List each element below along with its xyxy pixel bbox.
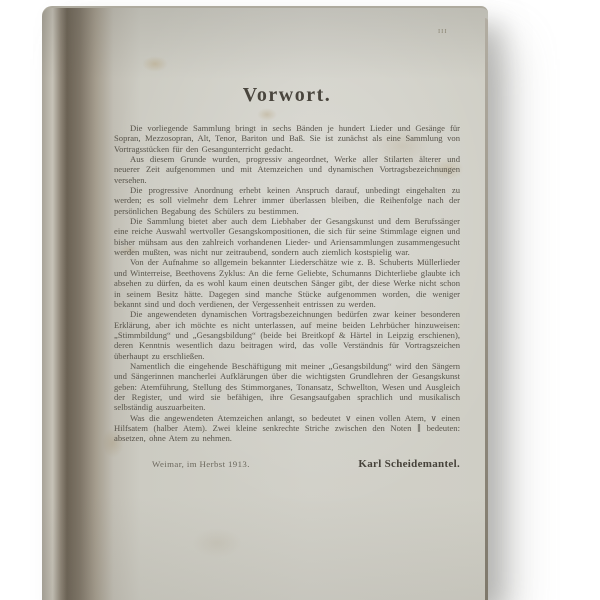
dateline: Weimar, im Herbst 1913. — [152, 459, 250, 469]
paragraph: Was die angewendeten Atemzeichen anlangt… — [114, 413, 460, 444]
paragraph: Aus diesem Grunde wurden, progressiv ang… — [114, 154, 460, 185]
paragraph: Die angewendeten dynamischen Vortragsbez… — [114, 309, 460, 361]
paragraph: Die progressive Anordnung erhebt keinen … — [114, 185, 460, 216]
colophon: Weimar, im Herbst 1913. Karl Scheidemant… — [114, 458, 460, 470]
preface-text: Die vorliegende Sammlung bringt in sechs… — [114, 123, 460, 444]
paragraph: Namentlich die eingehende Beschäftigung … — [114, 361, 460, 413]
page-title: Vorwort. — [114, 84, 460, 107]
paragraph: Die vorliegende Sammlung bringt in sechs… — [114, 123, 460, 154]
page-number: III — [438, 28, 448, 35]
book-photo: III Vorwort. Die vorliegende Sammlung br… — [0, 0, 600, 600]
page-content: III Vorwort. Die vorliegende Sammlung br… — [114, 24, 460, 470]
paragraph: Von der Aufnahme so allgemein bekannter … — [114, 257, 460, 309]
author-signature: Karl Scheidemantel. — [358, 458, 460, 470]
paragraph: Die Sammlung bietet aber auch dem Liebha… — [114, 216, 460, 257]
book-page: III Vorwort. Die vorliegende Sammlung br… — [42, 6, 488, 600]
foxing-stain — [192, 528, 242, 558]
